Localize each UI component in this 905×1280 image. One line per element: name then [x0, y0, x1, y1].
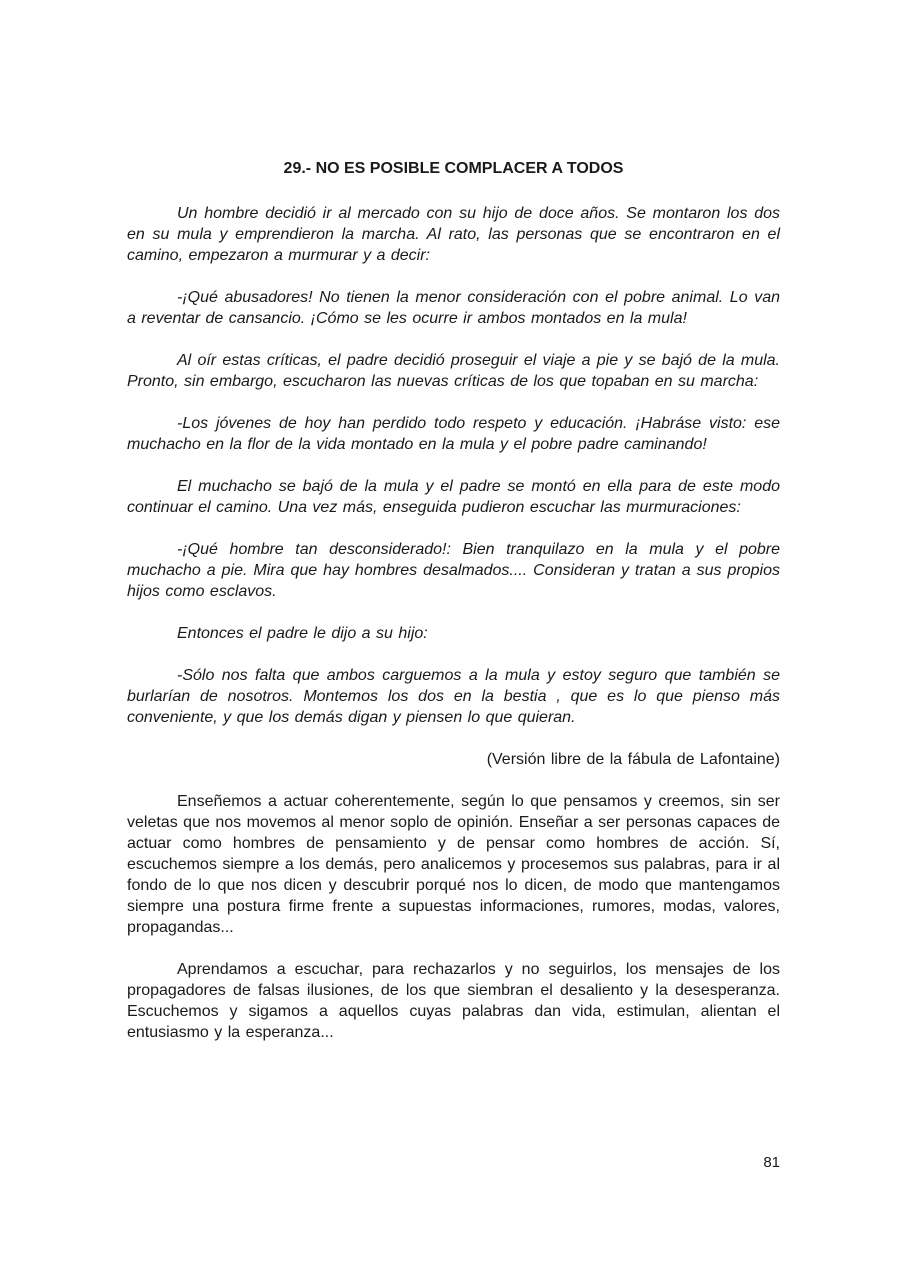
paragraph-fable-4: -Los jóvenes de hoy han perdido todo res… — [127, 413, 780, 455]
paragraph-fable-5: El muchacho se bajó de la mula y el padr… — [127, 476, 780, 518]
paragraph-moral-1: Enseñemos a actuar coherentemente, según… — [127, 791, 780, 938]
page-number: 81 — [763, 1154, 780, 1172]
paragraph-fable-7: Entonces el padre le dijo a su hijo: — [127, 623, 780, 644]
paragraph-fable-8: -Sólo nos falta que ambos carguemos a la… — [127, 665, 780, 728]
document-page: 29.- NO ES POSIBLE COMPLACER A TODOS Un … — [0, 0, 905, 1280]
paragraph-fable-2: -¡Qué abusadores! No tienen la menor con… — [127, 287, 780, 329]
paragraph-fable-3: Al oír estas críticas, el padre decidió … — [127, 350, 780, 392]
attribution-line: (Versión libre de la fábula de Lafontain… — [127, 749, 780, 770]
paragraph-fable-6: -¡Qué hombre tan desconsiderado!: Bien t… — [127, 539, 780, 602]
text-block: 29.- NO ES POSIBLE COMPLACER A TODOS Un … — [127, 158, 780, 1064]
document-title: 29.- NO ES POSIBLE COMPLACER A TODOS — [127, 158, 780, 179]
paragraph-fable-1: Un hombre decidió ir al mercado con su h… — [127, 203, 780, 266]
paragraph-moral-2: Aprendamos a escuchar, para rechazarlos … — [127, 959, 780, 1043]
